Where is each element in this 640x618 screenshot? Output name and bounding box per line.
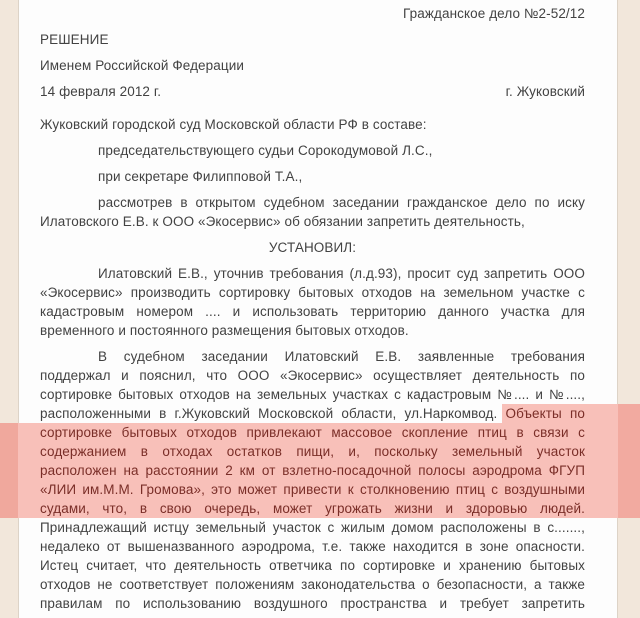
text-segment: расположенными в г.Жуковский Московской … (40, 406, 497, 421)
text-line: отходов не соответствует положениям зако… (40, 575, 585, 594)
document-page: Гражданское дело №2-52/12 РЕШЕНИЕ Именем… (18, 0, 618, 618)
highlighted-line: расположен на расстоянии 2 км от взлетно… (40, 461, 585, 480)
text-line: Илатовского Е.В. к ООО «Экосервис» об об… (40, 212, 585, 231)
secretary-line: при секретаре Филипповой Т.А., (40, 167, 585, 186)
highlighted-line: сортировке бытовых отходов привлекают ма… (40, 423, 585, 442)
text-line: поддержал и пояснил, что ООО «Экосервис»… (40, 366, 585, 385)
text-line: «Экосервис» производить сортировку бытов… (40, 283, 585, 302)
text-line: сортировке бытовых отходов на земельных … (40, 385, 585, 404)
text-line: временного и постоянного размещения быто… (40, 321, 585, 340)
date-place-row: 14 февраля 2012 г. г. Жуковский (40, 82, 585, 101)
claim-paragraph: Илатовский Е.В., уточнив требования (л.д… (40, 264, 585, 340)
case-review-paragraph: рассмотрев в открытом судебном заседании… (40, 193, 585, 231)
text-line: Принадлежащий истцу земельный участок с … (40, 518, 585, 537)
highlight-start-line: расположенными в г.Жуковский Московской … (0, 404, 640, 423)
highlighted-line: «ЛИИ им.М.М. Громова», это может привест… (40, 480, 585, 499)
highlighted-line: содержанием в отходах остатков пищи, и, … (40, 442, 585, 461)
court-composition: Жуковский городской суд Московской облас… (40, 115, 585, 134)
highlighted-passage: сортировке бытовых отходов привлекают ма… (0, 423, 640, 518)
hearing-paragraph: В судебном заседании Илатовский Е.В. зая… (40, 347, 585, 613)
text-line: рассмотрев в открытом судебном заседании… (40, 193, 585, 212)
decision-subtitle: Именем Российской Федерации (40, 56, 585, 75)
highlighted-line: судами, что, в свою очередь, может угрож… (40, 499, 585, 518)
text-line: недалеко от вышеназванного аэродрома, т.… (40, 537, 585, 556)
decision-place: г. Жуковский (506, 82, 585, 101)
text-line: В судебном заседании Илатовский Е.В. зая… (40, 347, 585, 366)
text-line: правилам по использованию воздушного про… (40, 594, 585, 613)
text-line: Истец считает, что деятельность ответчик… (40, 556, 585, 575)
text-line: Илатовский Е.В., уточнив требования (л.д… (40, 264, 585, 283)
decision-date: 14 февраля 2012 г. (40, 82, 161, 101)
text-line: кадастровым номером .... и использовать … (40, 302, 585, 321)
decision-title: РЕШЕНИЕ (40, 30, 585, 49)
ustanovil-heading: УСТАНОВИЛ: (40, 238, 585, 257)
document-content: Гражданское дело №2-52/12 РЕШЕНИЕ Именем… (19, 0, 617, 613)
highlighted-text-segment: Объекты по (505, 406, 585, 421)
judge-line: председательствующего судьи Сорокодумово… (40, 141, 585, 160)
case-number: Гражданское дело №2-52/12 (40, 4, 585, 23)
